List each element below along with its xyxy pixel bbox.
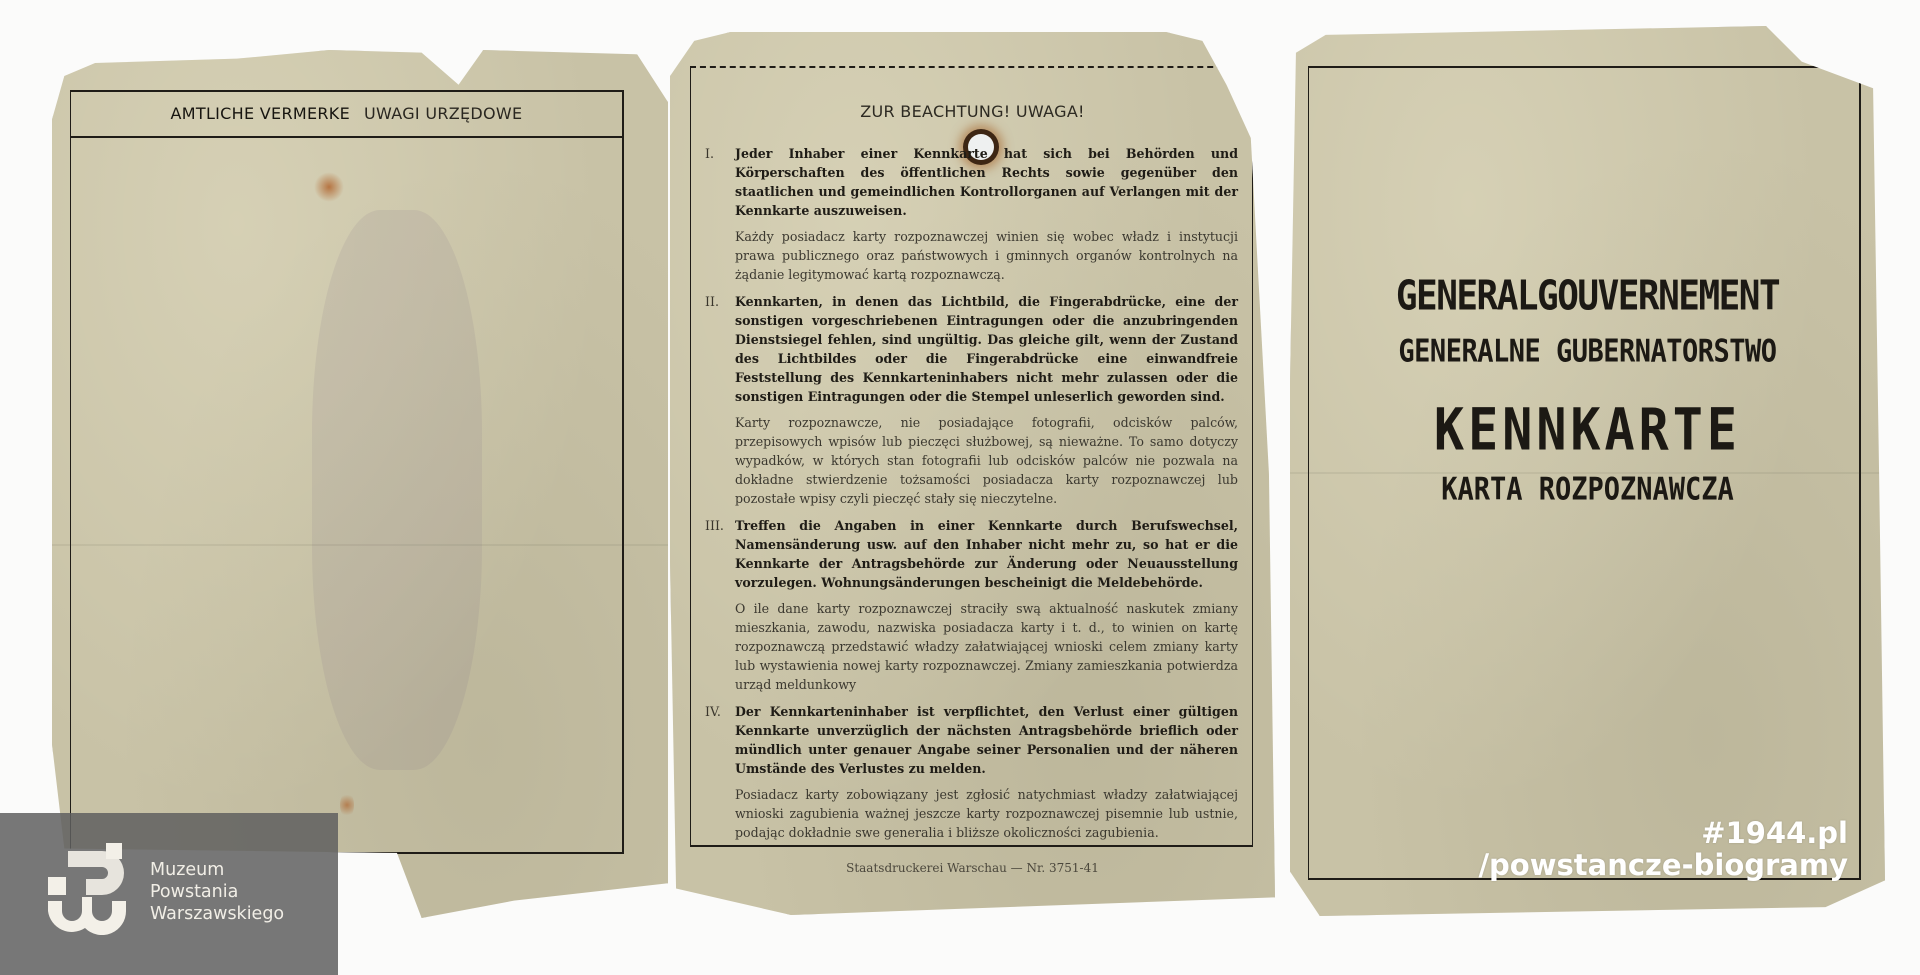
section-text-german: Jeder Inhaber einer Kennkarte hat sich b… — [735, 144, 1238, 220]
instruction-section: IV. Der Kennkarteninhaber ist verpflicht… — [705, 702, 1238, 842]
museum-name-line: Muzeum — [150, 859, 284, 881]
section-text-german: Der Kennkarteninhaber ist verpflichtet, … — [735, 702, 1238, 778]
header-divider — [71, 136, 622, 138]
section-text-german: Treffen die Angaben in einer Kennkarte d… — [735, 516, 1238, 592]
section-text-polish: Każdy posiadacz karty rozpoznawczej wini… — [735, 227, 1238, 284]
section-text-german: Kennkarten, in denen das Lichtbild, die … — [735, 292, 1238, 406]
cover-title-polish-card: KARTA ROZPOZNAWCZA — [1290, 472, 1885, 508]
rust-stain — [340, 792, 354, 818]
watermark-path: /powstancze-biogramy — [1478, 848, 1848, 882]
cover-title-german-government: GENERALGOUVERNEMENT — [1290, 273, 1885, 320]
document-panel-cover: GENERALGOUVERNEMENT GENERALNE GUBERNATOR… — [1290, 26, 1885, 916]
section-text-polish: O ile dane karty rozpoznawczej straciły … — [735, 599, 1238, 694]
watermark-site: #1944.pl — [1701, 816, 1848, 850]
fold-crease — [1290, 472, 1885, 474]
instruction-section: II. Kennkarten, in denen das Lichtbild, … — [705, 292, 1238, 508]
museum-name: Muzeum Powstania Warszawskiego — [150, 859, 284, 925]
instructions-title: ZUR BEACHTUNG! UWAGA! — [670, 102, 1275, 121]
discoloration — [312, 210, 482, 770]
header-polish: UWAGI URZĘDOWE — [364, 104, 522, 123]
instructions-body: I. Jeder Inhaber einer Kennkarte hat sic… — [705, 144, 1238, 850]
kotwica-anchor-icon — [46, 843, 128, 935]
instruction-section: III. Treffen die Angaben in einer Kennka… — [705, 516, 1238, 694]
header-german: AMTLICHE VERMERKE — [171, 104, 350, 123]
document-panel-instructions: ZUR BEACHTUNG! UWAGA! I. Jeder Inhaber e… — [670, 32, 1275, 915]
section-text-polish: Posiadacz karty zobowiązany jest zgłosić… — [735, 785, 1238, 842]
museum-name-line: Powstania — [150, 881, 284, 903]
section-number: III. — [705, 516, 735, 694]
museum-name-line: Warszawskiego — [150, 903, 284, 925]
instruction-section: I. Jeder Inhaber einer Kennkarte hat sic… — [705, 144, 1238, 284]
section-number: IV. — [705, 702, 735, 842]
section-number: I. — [705, 144, 735, 284]
document-panel-official-notes: AMTLICHE VERMERKEUWAGI URZĘDOWE — [52, 50, 668, 918]
official-notes-header: AMTLICHE VERMERKEUWAGI URZĘDOWE — [71, 104, 622, 123]
cover-title-polish-government: GENERALNE GUBERNATORSTWO — [1290, 334, 1885, 370]
section-text-polish: Karty rozpoznawcze, nie posiadające foto… — [735, 413, 1238, 508]
cover-title-kennkarte: KENNKARTE — [1290, 397, 1885, 464]
rust-stain — [314, 172, 344, 202]
museum-logo[interactable]: Muzeum Powstania Warszawskiego — [0, 813, 338, 975]
section-number: II. — [705, 292, 735, 508]
printer-imprint: Staatsdruckerei Warschau — Nr. 3751-41 — [670, 861, 1275, 875]
